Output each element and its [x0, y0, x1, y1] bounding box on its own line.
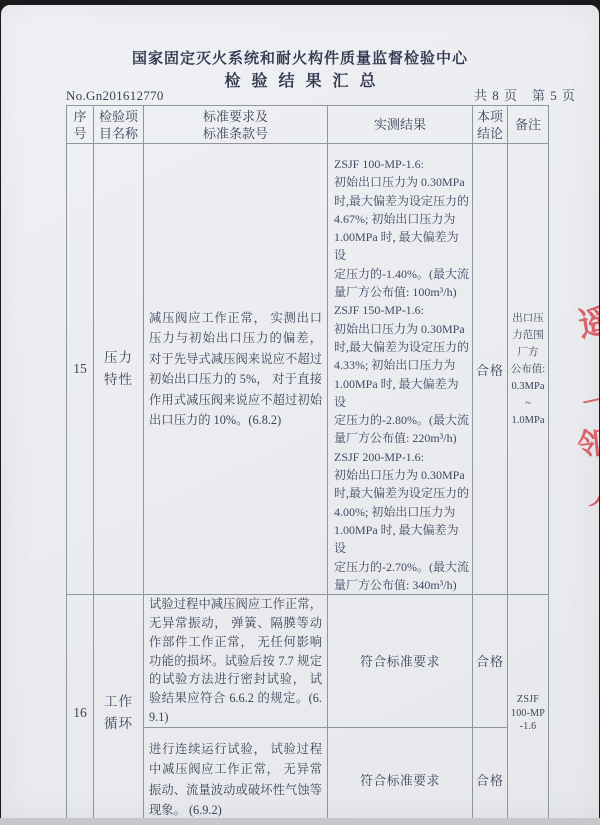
red-seal-fragment-icon: 邻: [575, 418, 599, 465]
col-header-seq: 序 号: [67, 106, 94, 144]
result-zsjf-100: ZSJF 100-MP-1.6: 初始出口压力为 0.30MPa 时,最大偏差为…: [334, 155, 470, 301]
report-number: No.Gn201612770: [66, 88, 164, 104]
row15-standard-cell: 减压阀应工作正常， 实测出口压力与初始出口压力的偏差， 对于先导式减压阀来说应不…: [144, 144, 328, 595]
scanned-report-page: 国家固定灭火系统和耐火构件质量监督检验中心 检验结果汇总 No.Gn201612…: [1, 5, 599, 819]
row16b-result: 符合标准要求: [328, 727, 473, 819]
red-seal-fragment-icon: 丿: [582, 474, 599, 516]
row15-standard-text: 减压阀应工作正常， 实测出口压力与初始出口压力的偏差， 对于先导式减压阀来说应不…: [149, 308, 322, 431]
page-indicator: 共 8 页 第 5 页: [474, 85, 576, 104]
row15-remark-text: 出口压 力范围 厂方 公布值: 0.3MPa ~ 1.0MPa: [508, 310, 548, 429]
organization-title: 国家固定灭火系统和耐火构件质量监督检验中心: [1, 47, 599, 68]
red-seal-fragment-icon: 一: [578, 374, 599, 423]
table-header-row: 序 号 检验项 目名称 标准要求及 标准条款号 实测结果 本项 结论 备注: [67, 106, 549, 144]
result-zsjf-200: ZSJF 200-MP-1.6: 初始出口压力为 0.30MPa 时,最大偏差为…: [334, 448, 470, 594]
row15-remark-cell: 出口压 力范围 厂方 公布值: 0.3MPa ~ 1.0MPa: [508, 144, 549, 595]
col-header-standard: 标准要求及 标准条款号: [144, 106, 328, 144]
scanner-bottom-edge: [0, 818, 600, 825]
red-seal-fragment-icon: 遥: [574, 292, 599, 346]
row15-seq: 15: [67, 144, 94, 595]
row16b-conclusion: 合格: [473, 727, 508, 819]
inspection-results-table: 序 号 检验项 目名称 标准要求及 标准条款号 实测结果 本项 结论 备注 15…: [66, 105, 549, 819]
row16-remark-cell: ZSJF 100-MP -1.6: [508, 595, 549, 819]
col-header-result: 实测结果: [328, 106, 473, 144]
row15-item-name: 压力 特性: [94, 144, 144, 595]
row16b-standard-cell: 进行连续运行试验， 试验过程中减压阀应工作正常， 无异常振动、流量波动或破坏性气…: [144, 727, 328, 819]
row16a-result: 符合标准要求: [328, 595, 473, 728]
result-zsjf-150: ZSJF 150-MP-1.6: 初始出口压力为 0.30MPa 时,最大偏差为…: [334, 301, 470, 447]
row16b-standard-text: 进行连续运行试验， 试验过程中减压阀应工作正常， 无异常振动、流量波动或破坏性气…: [149, 739, 322, 819]
table-row-16a: 16 工作 循环 试验过程中减压阀应工作正常，无异常振动， 弹簧、隔膜等动作部件…: [67, 595, 549, 728]
row16-seq: 16: [67, 595, 94, 819]
row16a-standard-text: 试验过程中减压阀应工作正常，无异常振动， 弹簧、隔膜等动作部件工作正常， 无任何…: [149, 595, 322, 727]
row16-remark-text: ZSJF 100-MP -1.6: [508, 693, 548, 734]
row16a-conclusion: 合格: [473, 595, 508, 728]
row15-conclusion: 合格: [473, 144, 508, 595]
col-header-item: 检验项 目名称: [94, 106, 144, 144]
row15-results-cell: ZSJF 100-MP-1.6: 初始出口压力为 0.30MPa 时,最大偏差为…: [328, 144, 473, 595]
row16-item-name: 工作 循环: [94, 595, 144, 819]
row16a-standard-cell: 试验过程中减压阀应工作正常，无异常振动， 弹簧、隔膜等动作部件工作正常， 无任何…: [144, 595, 328, 728]
col-header-remark: 备注: [508, 106, 549, 144]
table-row-15: 15 压力 特性 减压阀应工作正常， 实测出口压力与初始出口压力的偏差， 对于先…: [67, 144, 549, 595]
col-header-conclusion: 本项 结论: [473, 106, 508, 144]
meta-row: No.Gn201612770 共 8 页 第 5 页: [66, 86, 576, 104]
